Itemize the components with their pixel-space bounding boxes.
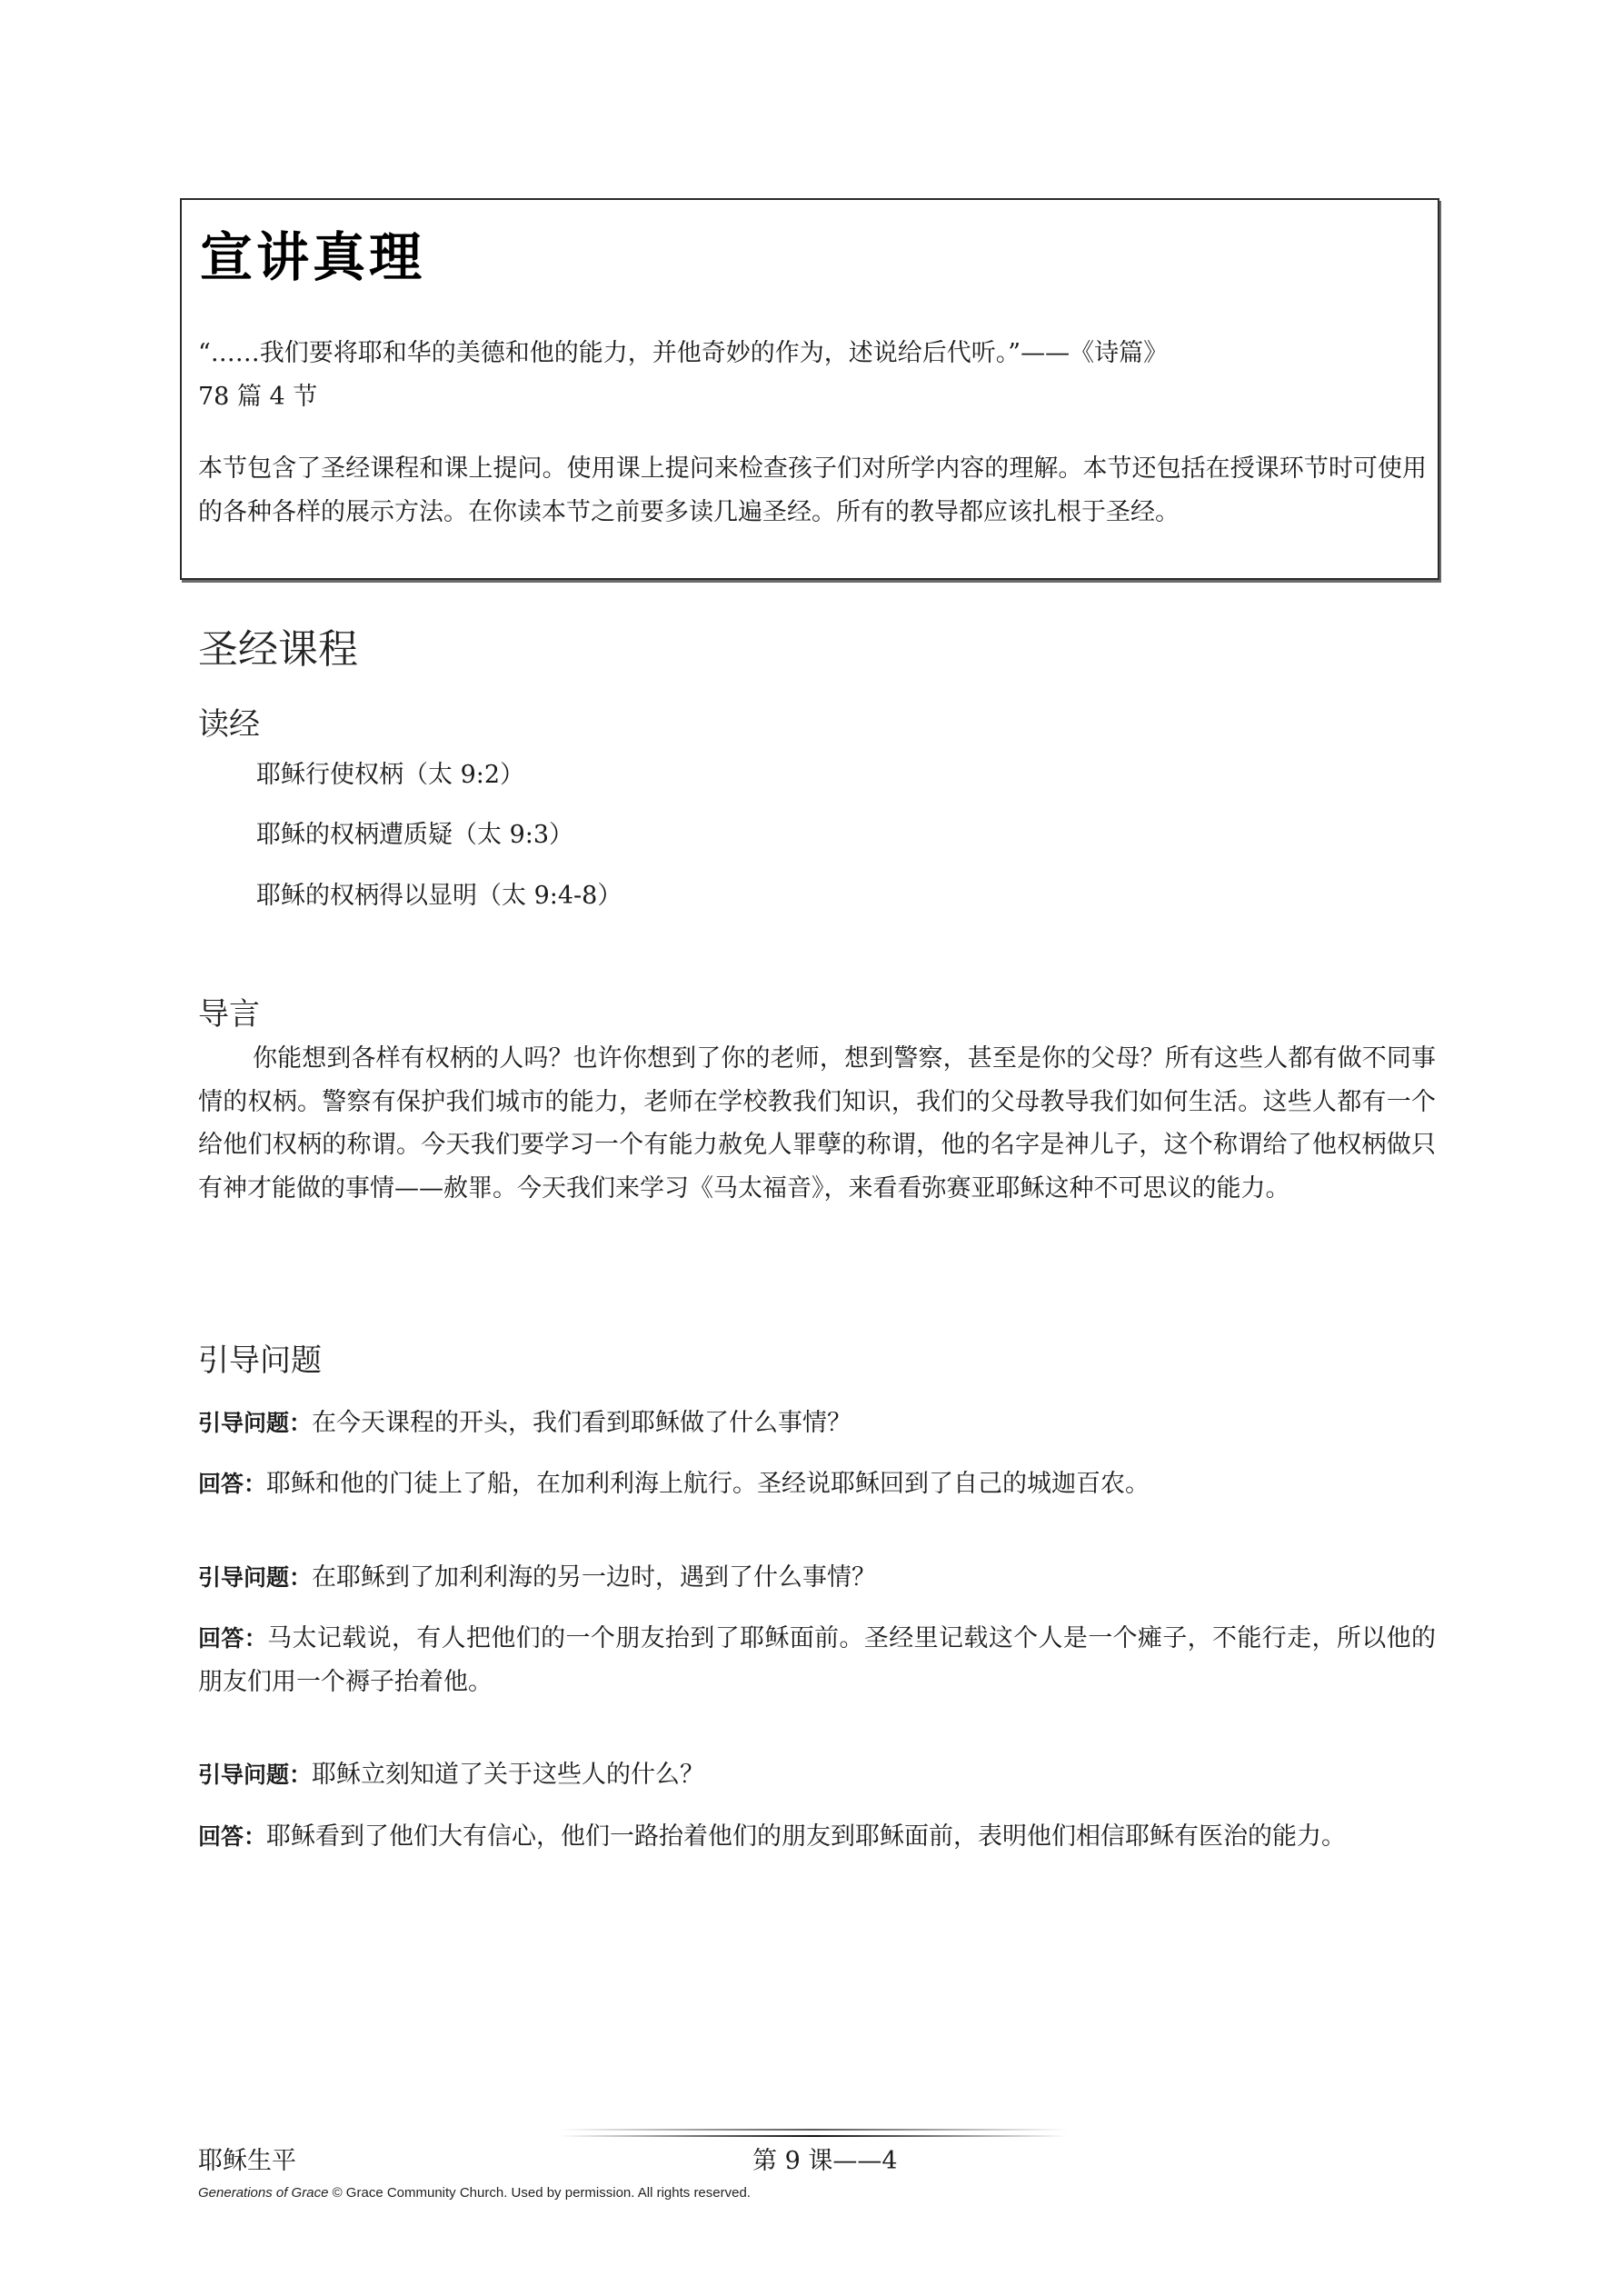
- question-label: 引导问题：: [198, 1564, 312, 1591]
- footer-page-number: 第 9 课——4: [752, 2143, 898, 2180]
- answer-2: 回答：马太记载说，有人把他们的一个朋友抬到了耶稣面前。圣经里记载这个人是一个瘫子…: [198, 1617, 1436, 1704]
- reading-heading: 读经: [198, 704, 260, 745]
- question-1: 引导问题：在今天课程的开头，我们看到耶稣做了什么事情？: [198, 1402, 1436, 1445]
- footer-book-title: 耶稣生平: [198, 2143, 296, 2180]
- footer-divider: [559, 2135, 1068, 2137]
- answer-text: 耶稣看到了他们大有信心，他们一路抬着他们的朋友到耶稣面前，表明他们相信耶稣有医治…: [266, 1822, 1346, 1851]
- question-text: 耶稣立刻知道了关于这些人的什么？: [312, 1761, 704, 1789]
- answer-label: 回答：: [198, 1823, 266, 1850]
- section-title: 宣讲真理: [200, 225, 425, 289]
- answer-1: 回答：耶稣和他的门徒上了船，在加利利海上航行。圣经说耶稣回到了自己的城迦百农。: [198, 1462, 1436, 1506]
- reading-item: 耶稣行使权柄（太 9:2）: [256, 757, 524, 794]
- question-3: 引导问题：耶稣立刻知道了关于这些人的什么？: [198, 1753, 1436, 1797]
- quote-line-1: “……我们要将耶和华的美德和他的能力，并他奇妙的作为，述说给后代听。”——《诗篇…: [198, 332, 1425, 375]
- copyright-notice: Generations of Grace © Grace Community C…: [198, 2183, 751, 2203]
- scripture-quote: “……我们要将耶和华的美德和他的能力，并他奇妙的作为，述说给后代听。”——《诗篇…: [198, 332, 1425, 419]
- question-text: 在今天课程的开头，我们看到耶稣做了什么事情？: [312, 1409, 851, 1437]
- bible-lesson-heading: 圣经课程: [198, 623, 358, 677]
- guided-questions-heading: 引导问题: [198, 1340, 322, 1382]
- section-description: 本节包含了圣经课程和课上提问。使用课上提问来检查孩子们对所学内容的理解。本节还包…: [198, 447, 1427, 534]
- answer-3: 回答：耶稣看到了他们大有信心，他们一路抬着他们的朋友到耶稣面前，表明他们相信耶稣…: [198, 1815, 1436, 1859]
- document-page: 宣讲真理 “……我们要将耶和华的美德和他的能力，并他奇妙的作为，述说给后代听。”…: [0, 0, 1623, 2296]
- reading-item: 耶稣的权柄遭质疑（太 9:3）: [256, 817, 573, 854]
- question-label: 引导问题：: [198, 1410, 312, 1436]
- answer-text: 耶稣和他的门徒上了船，在加利利海上航行。圣经说耶稣回到了自己的城迦百农。: [266, 1470, 1150, 1498]
- answer-label: 回答：: [198, 1625, 267, 1652]
- copyright-text: © Grace Community Church. Used by permis…: [328, 2185, 751, 2201]
- truth-box: 宣讲真理 “……我们要将耶和华的美德和他的能力，并他奇妙的作为，述说给后代听。”…: [180, 198, 1439, 580]
- reading-item: 耶稣的权柄得以显明（太 9:4-8）: [256, 878, 622, 914]
- answer-text: 马太记载说，有人把他们的一个朋友抬到了耶稣面前。圣经里记载这个人是一个瘫子，不能…: [198, 1624, 1436, 1696]
- answer-label: 回答：: [198, 1471, 266, 1497]
- introduction-text: 你能想到各样有权柄的人吗？也许你想到了你的老师，想到警察，甚至是你的父母？所有这…: [198, 1037, 1436, 1210]
- copyright-work-title: Generations of Grace: [198, 2185, 328, 2201]
- question-text: 在耶稣到了加利利海的另一边时，遇到了什么事情？: [312, 1563, 876, 1592]
- footer-divider: [559, 2129, 1068, 2131]
- question-2: 引导问题：在耶稣到了加利利海的另一边时，遇到了什么事情？: [198, 1556, 1436, 1600]
- quote-line-2: 78 篇 4 节: [198, 375, 1425, 419]
- question-label: 引导问题：: [198, 1762, 312, 1788]
- introduction-heading: 导言: [198, 993, 260, 1035]
